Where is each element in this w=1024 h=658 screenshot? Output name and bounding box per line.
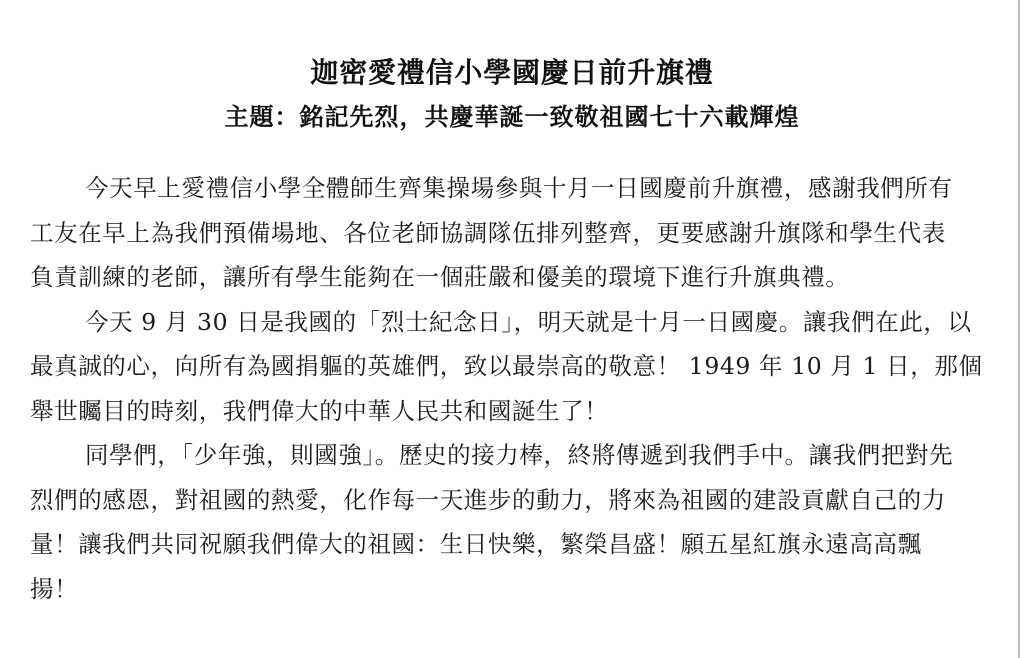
text-line: 負責訓練的老師，讓所有學生能夠在一個莊嚴和優美的環境下進行升旗典禮。 <box>30 255 1014 300</box>
text-line: 最真誠的心，向所有為國捐軀的英雄們，致以最崇高的敬意！ 1949 年 10 月 … <box>30 344 1014 389</box>
page-title: 迦密愛禮信小學國慶日前升旗禮 <box>0 0 1024 90</box>
text-line: 舉世矚目的時刻，我們偉大的中華人民共和國誕生了！ <box>30 389 1014 434</box>
paragraph-2: 今天 9 月 30 日是我國的「烈士紀念日」，明天就是十月一日國慶。讓我們在此，… <box>30 300 1014 434</box>
text-line: 今天早上愛禮信小學全體師生齊集操場參與十月一日國慶前升旗禮，感謝我們所有 <box>30 166 1014 211</box>
page-subtitle: 主題：銘記先烈，共慶華誕一致敬祖國七十六載輝煌 <box>0 101 1024 133</box>
paragraph-3: 同學們，「少年強，則國強」。歷史的接力棒，終將傳遞到我們手中。讓我們把對先 烈們… <box>30 433 1014 611</box>
text-line: 今天 9 月 30 日是我國的「烈士紀念日」，明天就是十月一日國慶。讓我們在此，… <box>30 300 1014 345</box>
text-line: 揚！ <box>30 567 1014 612</box>
page-edge-line <box>1018 0 1020 658</box>
paragraph-1: 今天早上愛禮信小學全體師生齊集操場參與十月一日國慶前升旗禮，感謝我們所有 工友在… <box>30 166 1014 300</box>
document-body: 今天早上愛禮信小學全體師生齊集操場參與十月一日國慶前升旗禮，感謝我們所有 工友在… <box>0 166 1024 611</box>
text-line: 同學們，「少年強，則國強」。歷史的接力棒，終將傳遞到我們手中。讓我們把對先 <box>30 433 1014 478</box>
text-line: 量！讓我們共同祝願我們偉大的祖國：生日快樂，繁榮昌盛！願五星紅旗永遠高高飄 <box>30 522 1014 567</box>
text-line: 烈們的感恩，對祖國的熱愛，化作每一天進步的動力，將來為祖國的建設貢獻自己的力 <box>30 478 1014 523</box>
document-page: 迦密愛禮信小學國慶日前升旗禮 主題：銘記先烈，共慶華誕一致敬祖國七十六載輝煌 今… <box>0 0 1024 658</box>
text-line: 工友在早上為我們預備場地、各位老師協調隊伍排列整齊，更要感謝升旗隊和學生代表 <box>30 211 1014 256</box>
